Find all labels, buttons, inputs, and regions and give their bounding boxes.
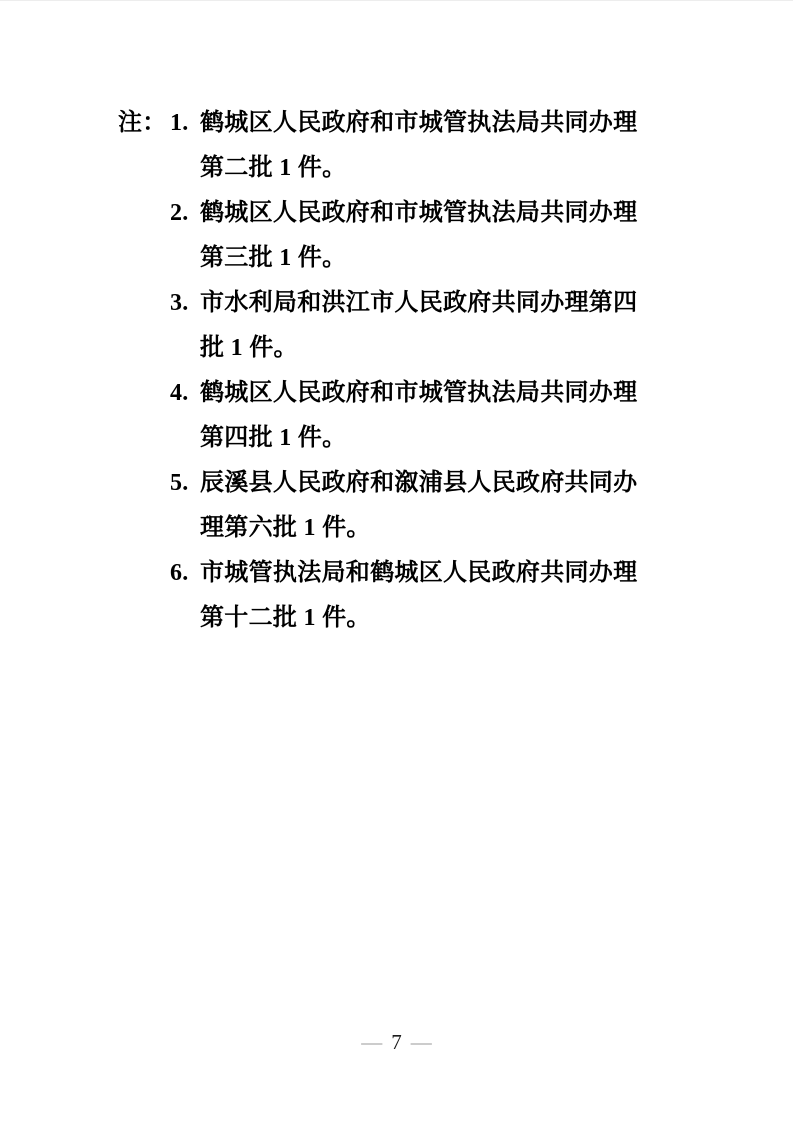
note-item-number: 1.: [170, 101, 189, 146]
note-item-line: 市水利局和洪江市人民政府共同办理第四: [200, 281, 663, 326]
note-item-line: 理第六批 1 件。: [200, 506, 663, 551]
document-page: 注： 1. 鹤城区人民政府和市城管执法局共同办理 第二批 1 件。 2. 鹤城区…: [0, 0, 793, 1122]
note-item-line: 市城管执法局和鹤城区人民政府共同办理: [200, 551, 663, 596]
notes-section: 注： 1. 鹤城区人民政府和市城管执法局共同办理 第二批 1 件。 2. 鹤城区…: [118, 101, 663, 641]
note-item-number: 5.: [170, 461, 189, 506]
note-item-line: 鹤城区人民政府和市城管执法局共同办理: [200, 101, 663, 146]
note-label: 注：: [118, 101, 167, 146]
note-item-line: 第十二批 1 件。: [200, 596, 663, 641]
note-item-line: 鹤城区人民政府和市城管执法局共同办理: [200, 191, 663, 236]
note-item-5: 5. 辰溪县人民政府和溆浦县人民政府共同办 理第六批 1 件。: [170, 461, 663, 551]
footer-dash-right: —: [411, 1029, 432, 1055]
note-item-line: 第二批 1 件。: [200, 146, 663, 191]
page-number: 7: [391, 1029, 402, 1055]
note-item-6: 6. 市城管执法局和鹤城区人民政府共同办理 第十二批 1 件。: [170, 551, 663, 641]
note-item-number: 4.: [170, 371, 189, 416]
note-item-line: 批 1 件。: [200, 326, 663, 371]
note-item-2: 2. 鹤城区人民政府和市城管执法局共同办理 第三批 1 件。: [170, 191, 663, 281]
note-item-number: 3.: [170, 281, 189, 326]
note-item-line: 第四批 1 件。: [200, 416, 663, 461]
note-item-number: 6.: [170, 551, 189, 596]
note-item-4: 4. 鹤城区人民政府和市城管执法局共同办理 第四批 1 件。: [170, 371, 663, 461]
note-item-number: 2.: [170, 191, 189, 236]
note-item-line: 辰溪县人民政府和溆浦县人民政府共同办: [200, 461, 663, 506]
page-footer: — 7 —: [0, 1029, 793, 1055]
note-item-1: 1. 鹤城区人民政府和市城管执法局共同办理 第二批 1 件。: [170, 101, 663, 191]
note-item-line: 鹤城区人民政府和市城管执法局共同办理: [200, 371, 663, 416]
footer-dash-left: —: [361, 1029, 382, 1055]
note-list: 1. 鹤城区人民政府和市城管执法局共同办理 第二批 1 件。 2. 鹤城区人民政…: [170, 101, 663, 641]
note-item-3: 3. 市水利局和洪江市人民政府共同办理第四 批 1 件。: [170, 281, 663, 371]
note-item-line: 第三批 1 件。: [200, 236, 663, 281]
